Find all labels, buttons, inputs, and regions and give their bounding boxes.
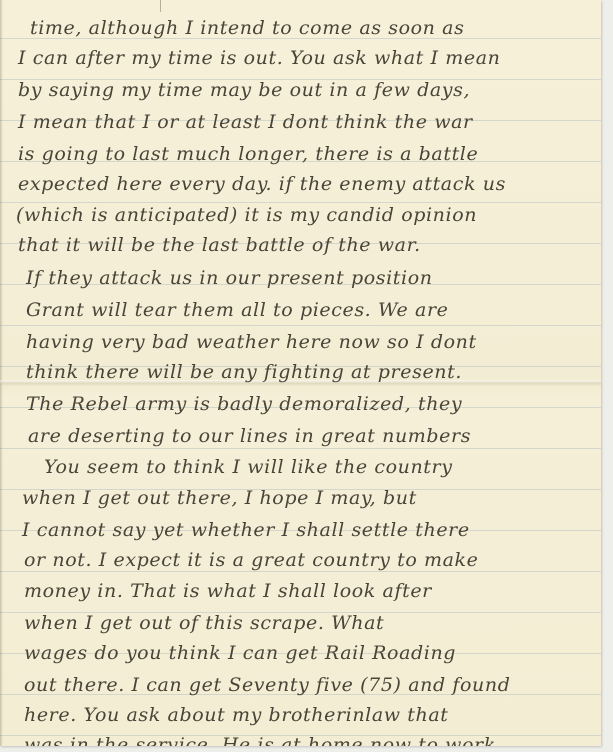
- text-line: or not. I expect it is a great country t…: [24, 548, 479, 572]
- letter-paper: time, although I intend to come as soon …: [0, 0, 601, 746]
- text-line: You seem to think I will like the countr…: [44, 455, 453, 479]
- top-tear-mark: [160, 0, 161, 12]
- text-line: by saying my time may be out in a few da…: [18, 78, 470, 102]
- text-line: I cannot say yet whether I shall settle …: [22, 518, 470, 542]
- text-line: out there. I can get Seventy five (75) a…: [24, 673, 510, 697]
- text-line: is going to last much longer, there is a…: [18, 142, 478, 166]
- text-line: If they attack us in our present positio…: [26, 266, 433, 290]
- text-line: was in the service. He is at home now to…: [24, 733, 496, 746]
- paper-edge-shadow: [0, 0, 3, 746]
- text-line: wages do you think I can get Rail Roadin…: [24, 641, 456, 665]
- text-line: time, although I intend to come as soon …: [30, 16, 464, 40]
- text-line: I mean that I or at least I dont think t…: [18, 110, 473, 134]
- text-line: that it will be the last battle of the w…: [18, 233, 421, 257]
- scanned-letter-page: time, although I intend to come as soon …: [0, 0, 613, 752]
- text-line: money in. That is what I shall look afte…: [24, 579, 432, 603]
- text-line: are deserting to our lines in great numb…: [28, 424, 471, 448]
- text-line: The Rebel army is badly demoralized, the…: [26, 392, 462, 416]
- text-line: expected here every day. if the enemy at…: [18, 172, 506, 196]
- text-line: when I get out of this scrape. What: [24, 611, 384, 635]
- text-line: think there will be any fighting at pres…: [26, 360, 462, 384]
- text-line: Grant will tear them all to pieces. We a…: [26, 298, 448, 322]
- text-line: having very bad weather here now so I do…: [26, 330, 477, 354]
- text-line: when I get out there, I hope I may, but: [22, 486, 417, 510]
- text-line: here. You ask about my brotherinlaw that: [24, 703, 449, 727]
- text-line: (which is anticipated) it is my candid o…: [16, 203, 477, 227]
- text-line: I can after my time is out. You ask what…: [18, 46, 501, 70]
